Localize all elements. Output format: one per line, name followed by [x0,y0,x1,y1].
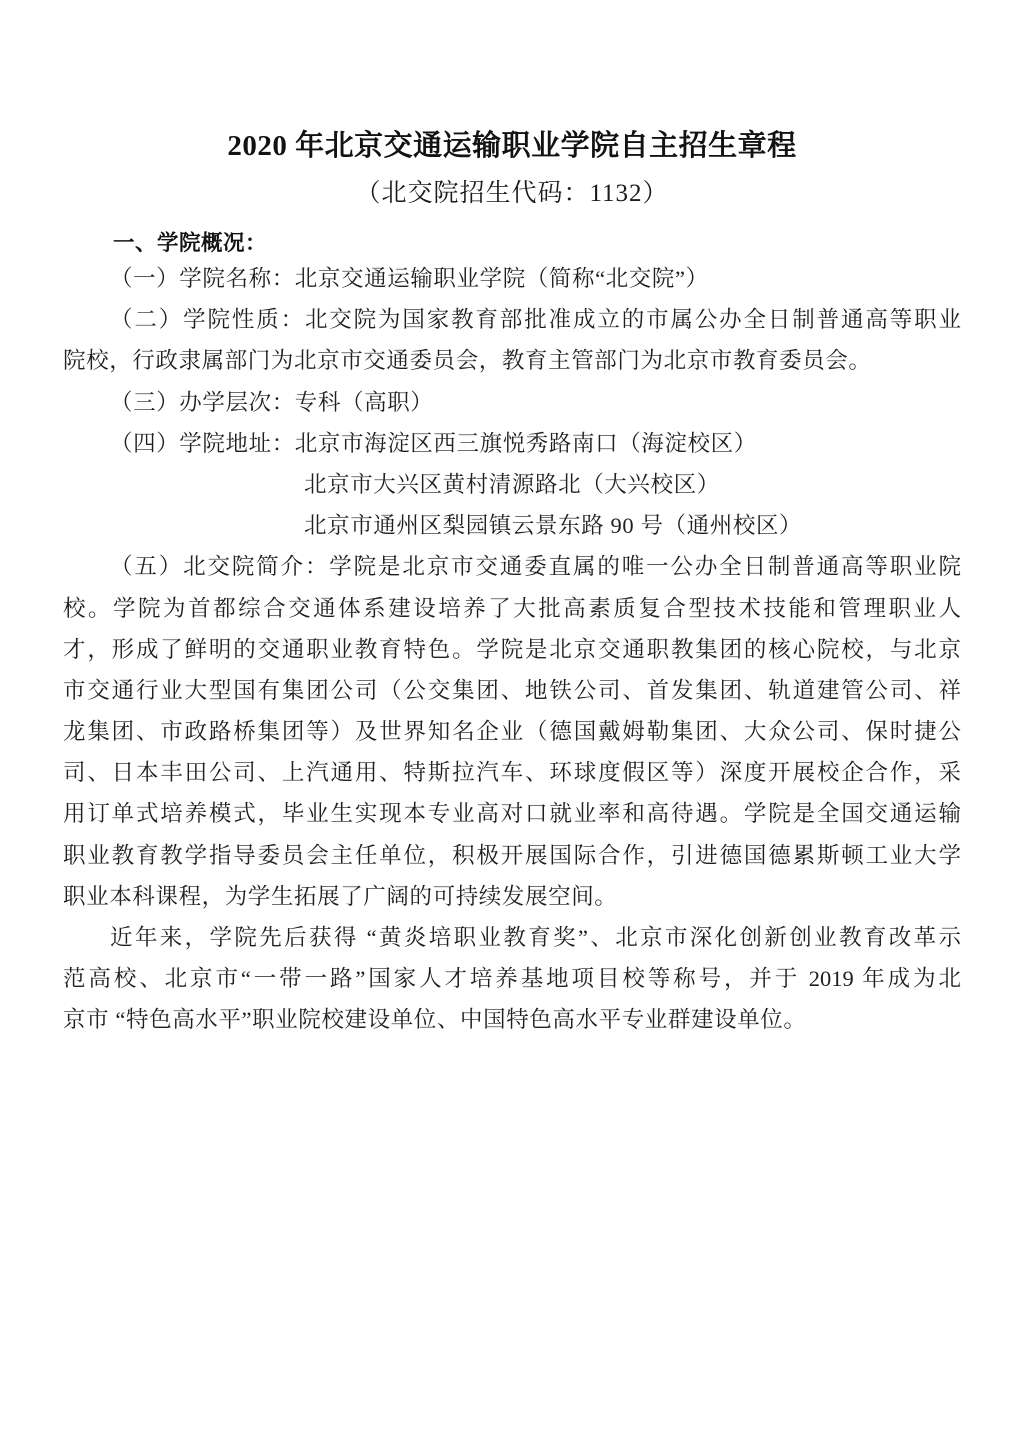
text-line: （三）办学层次：专科（高职） [63,382,961,423]
text-line: （五）北交院简介：学院是北京市交通委直属的唯一公办全日制普通高等职业院 [63,546,961,587]
section-heading: 一、学院概况： [63,228,961,258]
document-content: 2020 年北京交通运输职业学院自主招生章程 （北交院招生代码：1132） 一、… [0,0,1024,1041]
text-line: 院校，行政隶属部门为北京市交通委员会，教育主管部门为北京市教育委员会。 [63,340,961,381]
text-line: 职业教育教学指导委员会主任单位，积极开展国际合作，引进德国德累斯顿工业大学 [63,835,961,876]
body-text: （一）学院名称：北京交通运输职业学院（简称“北交院”） （二）学院性质：北交院为… [63,258,961,1041]
text-line: 司、日本丰田公司、上汽通用、特斯拉汽车、环球度假区等）深度开展校企合作，采 [63,752,961,793]
document-page: 2020 年北京交通运输职业学院自主招生章程 （北交院招生代码：1132） 一、… [0,0,1024,1448]
text-line: （一）学院名称：北京交通运输职业学院（简称“北交院”） [63,258,961,299]
text-line: （四）学院地址：北京市海淀区西三旗悦秀路南口（海淀校区） [63,423,961,464]
text-line: 用订单式培养模式，毕业生实现本专业高对口就业率和高待遇。学院是全国交通运输 [63,793,961,834]
text-line: 京市 “特色高水平”职业院校建设单位、中国特色高水平专业群建设单位。 [63,999,961,1040]
text-line: （二）学院性质：北交院为国家教育部批准成立的市属公办全日制普通高等职业 [63,299,961,340]
text-line: 北京市通州区梨园镇云景东路 90 号（通州校区） [63,505,961,546]
text-line: 职业本科课程，为学生拓展了广阔的可持续发展空间。 [63,876,961,917]
text-line: 范高校、北京市“一带一路”国家人才培养基地项目校等称号，并于 2019 年成为北 [63,958,961,999]
document-subtitle: （北交院招生代码：1132） [63,176,961,212]
document-title: 2020 年北京交通运输职业学院自主招生章程 [63,126,961,166]
text-line: 北京市大兴区黄村清源路北（大兴校区） [63,464,961,505]
text-line: 校。学院为首都综合交通体系建设培养了大批高素质复合型技术技能和管理职业人 [63,588,961,629]
text-line: 龙集团、市政路桥集团等）及世界知名企业（德国戴姆勒集团、大众公司、保时捷公 [63,711,961,752]
text-line: 近年来，学院先后获得 “黄炎培职业教育奖”、北京市深化创新创业教育改革示 [63,917,961,958]
text-line: 市交通行业大型国有集团公司（公交集团、地铁公司、首发集团、轨道建管公司、祥 [63,670,961,711]
text-line: 才，形成了鲜明的交通职业教育特色。学院是北京交通职教集团的核心院校，与北京 [63,629,961,670]
